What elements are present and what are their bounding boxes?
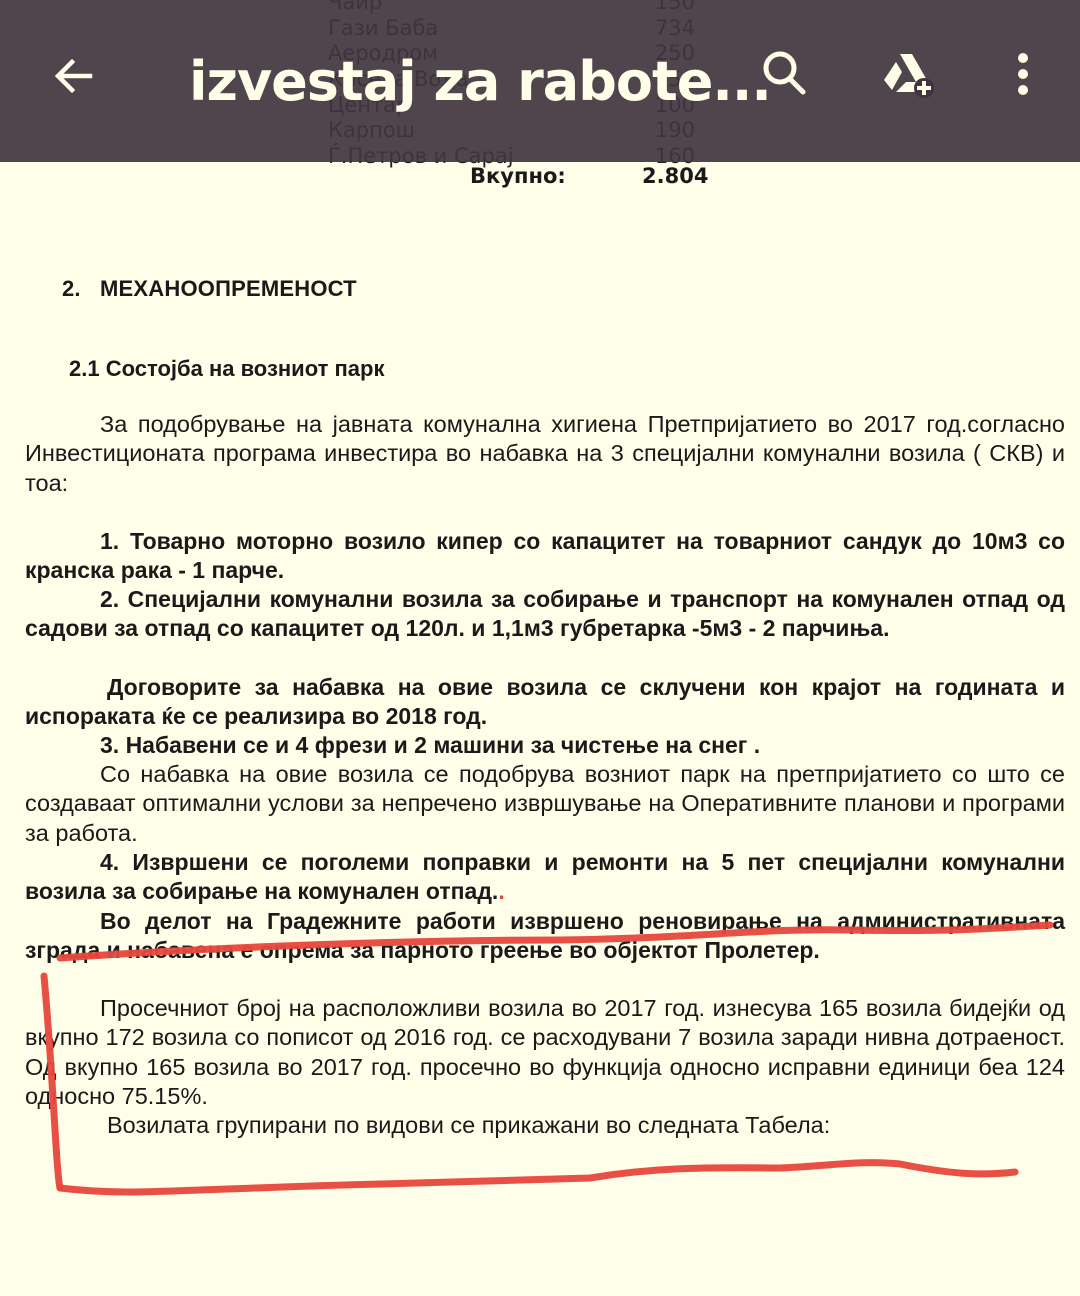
arrow-left-icon[interactable]: [50, 52, 98, 100]
intro-paragraph: За подобрување на јавната комунална хиги…: [25, 410, 1065, 498]
list-item-2: 2. Специјални комунални возила за собира…: [25, 585, 1065, 644]
average-paragraph: Просечниот број на расположливи возила в…: [25, 994, 1065, 1111]
section-heading: 2.МЕХАНООПРЕМЕНОСТ: [62, 276, 357, 302]
document-page[interactable]: Чаир150 Гази Баба734 Аеродром250 Кисела …: [0, 0, 1080, 1296]
list-item-1: 1. Товарно моторно возило кипер со капац…: [25, 527, 1065, 586]
search-icon[interactable]: [757, 46, 813, 102]
total-label: Вкупно:: [470, 164, 566, 188]
app-bar: izvestaj za rabote...: [0, 0, 1080, 162]
document-title: izvestaj za rabote...: [189, 50, 771, 113]
improvement-paragraph: Со набавка на овие возила се подобрува в…: [25, 760, 1065, 848]
google-drive-add-icon[interactable]: [880, 46, 936, 102]
list-item-3: 3. Набавени се и 4 фрези и 2 машини за ч…: [25, 731, 1065, 760]
more-vertical-icon[interactable]: [995, 46, 1051, 102]
total-value: 2.804: [642, 164, 708, 188]
table-intro-paragraph: Возилата групирани по видови се прикажан…: [25, 1111, 1065, 1140]
table-total-row: Вкупно: 2.804: [470, 164, 566, 188]
subsection-heading: 2.1 Состојба на возниот парк: [69, 356, 384, 382]
contracts-paragraph: Договорите за набавка на овие возила се …: [25, 673, 1065, 732]
list-item-4: 4. Извршени се поголеми поправки и ремон…: [25, 848, 1065, 907]
construction-paragraph: Во делот на Градежните работи извршено р…: [25, 907, 1065, 966]
